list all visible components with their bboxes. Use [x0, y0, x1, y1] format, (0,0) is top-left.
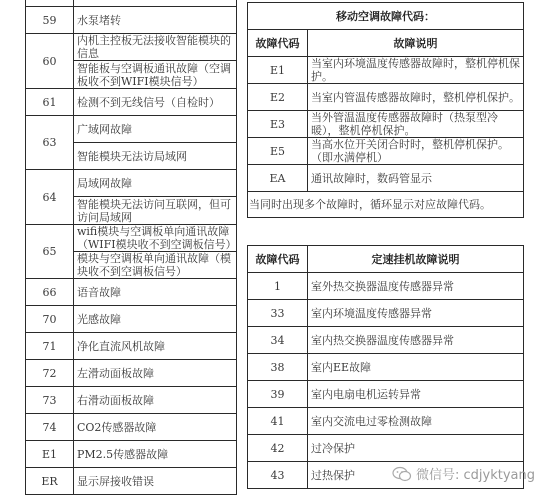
fault-code: E1 — [248, 57, 308, 84]
table-row: 59 水泵堵转 — [26, 7, 237, 34]
table-row: 71 净化直流风机故障 — [26, 333, 237, 360]
table-row: 66 语音故障 — [26, 279, 237, 306]
fault-desc: 当室内管温传感器故障时，整机停机保护。 — [308, 84, 524, 111]
fault-desc: CO2传感器故障 — [74, 414, 237, 441]
fault-code: 70 — [26, 306, 74, 333]
table-header-row: 故障代码 定速挂机故障说明 — [248, 246, 524, 273]
table-row: 33 室内环境温度传感器异常 — [248, 300, 524, 327]
table-row: E2 当室内管温传感器故障时，整机停机保护。 — [248, 84, 524, 111]
fault-code: 63 — [26, 116, 74, 170]
fault-desc: 模块与空调板单向通讯故障（模块收不到空调板信号） — [74, 252, 237, 279]
fault-desc: 显示屏接收错误 — [74, 468, 237, 495]
fault-code: 43 — [248, 462, 308, 489]
fault-code: 73 — [26, 387, 74, 414]
table-title: 移动空调故障代码： — [248, 3, 524, 30]
fault-code: 34 — [248, 327, 308, 354]
mobile-ac-fault-table: 移动空调故障代码： 故障代码 故障说明 E1 当室内环境温度传感器故障时，整机停… — [247, 2, 524, 218]
table-row: 74 CO2传感器故障 — [26, 414, 237, 441]
fault-code: EA — [248, 165, 308, 192]
fault-code: E5 — [248, 138, 308, 165]
fault-desc: 当室内环境温度传感器故障时，整机停机保护。 — [308, 57, 524, 84]
fault-code: 64 — [26, 170, 74, 225]
fault-code: E2 — [248, 84, 308, 111]
fault-desc: 净化直流风机故障 — [74, 333, 237, 360]
table-row: 73 右滑动面板故障 — [26, 387, 237, 414]
fault-desc: 室内EE故障 — [308, 354, 524, 381]
table-row: 1 室外热交换器温度传感器异常 — [248, 273, 524, 300]
table-row: 39 室内电扇电机运转异常 — [248, 381, 524, 408]
fault-code: E1 — [26, 441, 74, 468]
table-row: E5 当高水位开关闭合时时，整机停机保护。（即水满停机） — [248, 138, 524, 165]
fault-code: 39 — [248, 381, 308, 408]
table-row: 64 局域网故障 — [26, 170, 237, 197]
table-row: E3 当外管温温度传感器故障时（热泵型冷暖），整机停机保护。 — [248, 111, 524, 138]
fault-code: 71 — [26, 333, 74, 360]
fault-desc: wifi模块与空调板单向通讯故障（WIFI模块收不到空调板信号） — [74, 225, 237, 252]
fault-desc: 右滑动面板故障 — [74, 387, 237, 414]
fault-desc: 光感故障 — [74, 306, 237, 333]
fault-code: 65 — [26, 225, 74, 279]
fault-desc: 智能板与空调板通讯故障（空调板收不到WIFI模块信号） — [74, 61, 237, 89]
table-row: 41 室内交流电过零检测故障 — [248, 408, 524, 435]
wechat-icon — [392, 466, 412, 482]
fault-desc: 智能模块无法访局域网 — [74, 143, 237, 170]
header-code: 故障代码 — [248, 246, 308, 273]
fault-code: 1 — [248, 273, 308, 300]
table-row: 34 室内热交换器温度传感器异常 — [248, 327, 524, 354]
fault-code: 33 — [248, 300, 308, 327]
fault-desc: 水泵堵转 — [74, 7, 237, 34]
table-row: 61 检测不到无线信号（自检时） — [26, 89, 237, 116]
table-title-row: 移动空调故障代码： — [248, 3, 524, 30]
fault-desc: 内机主控板无法接收智能模块的信息 — [74, 34, 237, 61]
table-header-row: 故障代码 故障说明 — [248, 30, 524, 57]
fault-code: ER — [26, 468, 74, 495]
fault-code: E3 — [248, 111, 308, 138]
fault-code: 60 — [26, 34, 74, 89]
header-desc: 定速挂机故障说明 — [308, 246, 524, 273]
table-row: 63 广域网故障 — [26, 116, 237, 143]
fault-code: 72 — [26, 360, 74, 387]
table-footer-row: 当同时出现多个故障时，循环显示对应故障代码。 — [248, 192, 524, 218]
fault-code: 41 — [248, 408, 308, 435]
table-row: 72 左滑动面板故障 — [26, 360, 237, 387]
watermark: 微信号: cdjyktyang — [392, 464, 535, 483]
fault-desc: 局域网故障 — [74, 170, 237, 197]
fault-desc: 室内热交换器温度传感器异常 — [308, 327, 524, 354]
fault-desc: 室内电扇电机运转异常 — [308, 381, 524, 408]
fault-desc: 当高水位开关闭合时时，整机停机保护。（即水满停机） — [308, 138, 524, 165]
fault-desc: 左滑动面板故障 — [74, 360, 237, 387]
fault-desc: 室外热交换器温度传感器异常 — [308, 273, 524, 300]
table-row: E1 PM2.5传感器故障 — [26, 441, 237, 468]
watermark-text: 微信号: cdjyktyang — [416, 464, 535, 483]
table-row: EA 通讯故障时，数码管显示 — [248, 165, 524, 192]
table-row: 60 内机主控板无法接收智能模块的信息 — [26, 34, 237, 61]
fault-code: 74 — [26, 414, 74, 441]
fault-desc: PM2.5传感器故障 — [74, 441, 237, 468]
fault-desc: 智能模块无法访问互联网，但可访问局域网 — [74, 197, 237, 225]
header-desc: 故障说明 — [308, 30, 524, 57]
fault-desc: 检测不到无线信号（自检时） — [74, 89, 237, 116]
table-row: ER 显示屏接收错误 — [26, 468, 237, 495]
fixed-speed-fault-table: 故障代码 定速挂机故障说明 1 室外热交换器温度传感器异常 33 室内环境温度传… — [247, 245, 524, 489]
smart-module-fault-table: 59 水泵堵转 60 内机主控板无法接收智能模块的信息 智能板与空调板通讯故障（… — [25, 0, 237, 495]
fault-desc: 室内环境温度传感器异常 — [308, 300, 524, 327]
table-row: E1 当室内环境温度传感器故障时，整机停机保护。 — [248, 57, 524, 84]
table-row: 42 过冷保护 — [248, 435, 524, 462]
fault-code: 42 — [248, 435, 308, 462]
fault-desc: 广域网故障 — [74, 116, 237, 143]
fault-code: 59 — [26, 7, 74, 34]
fault-code: 61 — [26, 89, 74, 116]
fault-desc: 当外管温温度传感器故障时（热泵型冷暖），整机停机保护。 — [308, 111, 524, 138]
table-row: 65 wifi模块与空调板单向通讯故障（WIFI模块收不到空调板信号） — [26, 225, 237, 252]
table-footer-note: 当同时出现多个故障时，循环显示对应故障代码。 — [248, 192, 524, 218]
fault-desc: 室内交流电过零检测故障 — [308, 408, 524, 435]
header-code: 故障代码 — [248, 30, 308, 57]
fault-desc: 通讯故障时，数码管显示 — [308, 165, 524, 192]
fault-code: 66 — [26, 279, 74, 306]
fault-desc: 过冷保护 — [308, 435, 524, 462]
table-row: 38 室内EE故障 — [248, 354, 524, 381]
fault-code: 38 — [248, 354, 308, 381]
table-row: 70 光感故障 — [26, 306, 237, 333]
fault-desc: 语音故障 — [74, 279, 237, 306]
